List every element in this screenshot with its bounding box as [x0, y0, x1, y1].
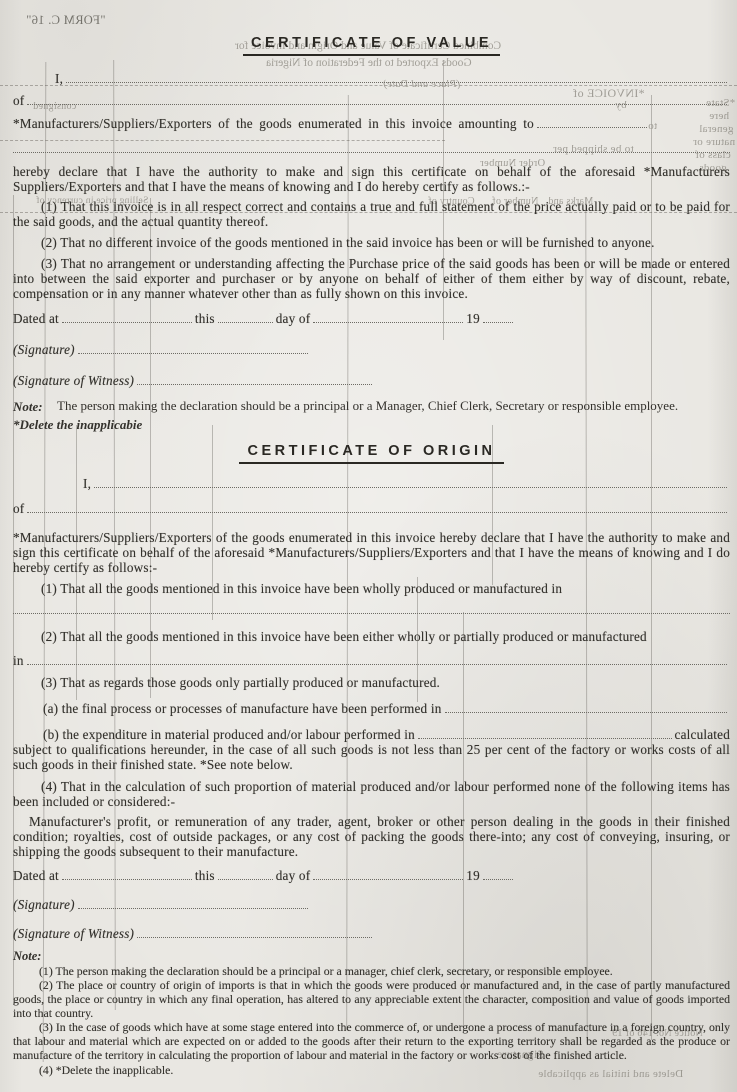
cov-year-blank	[483, 322, 513, 323]
coo-month-blank	[313, 879, 463, 880]
coo-item2-blank	[27, 664, 727, 665]
cov-note-text: The person making the declaration should…	[57, 399, 730, 414]
cov-note: Note: The person making the declaration …	[13, 399, 730, 414]
cov-month-blank	[313, 322, 463, 323]
coo-item-3b-continuation: subject to qualifications hereunder, in …	[13, 742, 730, 772]
cov-this-label: this	[195, 311, 215, 326]
coo-item-3b-lead: (b) the expenditure in material produced…	[43, 727, 415, 742]
cov-witness-label: (Signature of Witness)	[13, 373, 134, 388]
coo-signature-row: (Signature)	[13, 897, 730, 912]
cov-place-blank	[62, 322, 192, 323]
coo-address-blank	[27, 512, 727, 513]
coo-name-blank	[94, 487, 727, 488]
coo-this-label: this	[195, 868, 215, 883]
scanned-certificate-form: "FORM C. 16" Combined Certificate of Val…	[0, 0, 737, 1092]
cov-dated-at-label: Dated at	[13, 311, 59, 326]
cov-item-1: (1) That this invoice is in all respect …	[13, 199, 730, 229]
coo-item-3b-tail: calculated	[675, 727, 730, 742]
cov-day-of-label: day of	[276, 311, 311, 326]
cov-amounting-row: *Manufacturers/Suppliers/Exporters of th…	[13, 116, 730, 131]
coo-intro-paragraph: *Manufacturers/Suppliers/Exporters of th…	[13, 530, 730, 575]
coo-witness-blank	[137, 937, 372, 938]
footnote-3: (3) In the case of goods which have at s…	[13, 1020, 730, 1062]
cov-witness-blank	[137, 384, 372, 385]
coo-item3b-blank	[418, 738, 672, 739]
cov-of-label: of	[13, 93, 24, 108]
cov-signature-row: (Signature)	[13, 342, 730, 357]
cov-amount-blank	[537, 127, 647, 128]
coo-witness-row: (Signature of Witness)	[13, 926, 730, 941]
cov-note-label: Note:	[13, 399, 57, 414]
coo-signature-label: (Signature)	[13, 897, 75, 912]
certificate-of-value-title: CERTIFICATE OF VALUE	[243, 35, 500, 56]
coo-signature-blank	[78, 908, 308, 909]
cov-signature-blank	[78, 353, 308, 354]
coo-item-3a-text: (a) the final process or processes of ma…	[43, 701, 442, 716]
footnote-4: (4) *Delete the inapplicable.	[13, 1063, 730, 1077]
coo-item-3a-row: (a) the final process or processes of ma…	[13, 701, 730, 716]
cov-declaration-paragraph: hereby declare that I have the authority…	[13, 164, 730, 194]
cov-continuation-blank	[13, 152, 730, 153]
cov-i-label: I,	[55, 71, 63, 86]
coo-item-2: (2) That all the goods mentioned in this…	[13, 629, 730, 644]
coo-declarant-name-row: I,	[13, 476, 730, 491]
coo-item1-blank	[13, 613, 730, 614]
cov-name-blank	[66, 82, 727, 83]
coo-year-label: 19	[466, 868, 480, 883]
coo-item-3b-row: (b) the expenditure in material produced…	[13, 727, 730, 742]
coo-dated-row: Dated at this day of 19	[13, 868, 730, 883]
certificate-of-origin-title: CERTIFICATE OF ORIGIN	[239, 443, 503, 464]
coo-dated-at-label: Dated at	[13, 868, 59, 883]
coo-day-blank	[218, 879, 273, 880]
footnote-1: (1) The person making the declaration sh…	[13, 964, 730, 978]
coo-in-label: in	[13, 653, 24, 668]
coo-item-4: (4) That in the calculation of such prop…	[13, 779, 730, 809]
footnotes-label: Note:	[13, 949, 730, 964]
cov-signature-label: (Signature)	[13, 342, 75, 357]
coo-year-blank	[483, 879, 513, 880]
cov-amounting-text: *Manufacturers/Suppliers/Exporters of th…	[13, 116, 534, 131]
coo-item3a-blank	[445, 712, 728, 713]
cov-dated-row: Dated at this day of 19	[13, 311, 730, 326]
coo-day-of-label: day of	[276, 868, 311, 883]
coo-profit-paragraph: Manufacturer's profit, or remuneration o…	[13, 814, 730, 859]
cov-delete-note: *Delete the inapplicabie	[13, 417, 730, 433]
footnote-2: (2) The place or country of origin of im…	[13, 978, 730, 1020]
cov-declarant-name-row: I,	[13, 71, 730, 86]
coo-item2-in-row: in	[13, 653, 730, 668]
coo-item-3: (3) That as regards those goods only par…	[13, 675, 730, 690]
cov-witness-row: (Signature of Witness)	[13, 373, 730, 388]
cov-year-label: 19	[466, 311, 480, 326]
cov-item-3: (3) That no arrangement or understanding…	[13, 256, 730, 301]
coo-declarant-address-row: of	[13, 501, 730, 516]
cov-item-2: (2) That no different invoice of the goo…	[13, 235, 730, 250]
cov-address-blank	[27, 104, 727, 105]
coo-i-label: I,	[83, 476, 91, 491]
cov-day-blank	[218, 322, 273, 323]
coo-witness-label: (Signature of Witness)	[13, 926, 134, 941]
coo-of-label: of	[13, 501, 24, 516]
coo-place-blank	[62, 879, 192, 880]
coo-item-1: (1) That all the goods mentioned in this…	[13, 581, 730, 596]
cov-declarant-address-row: of	[13, 93, 730, 108]
